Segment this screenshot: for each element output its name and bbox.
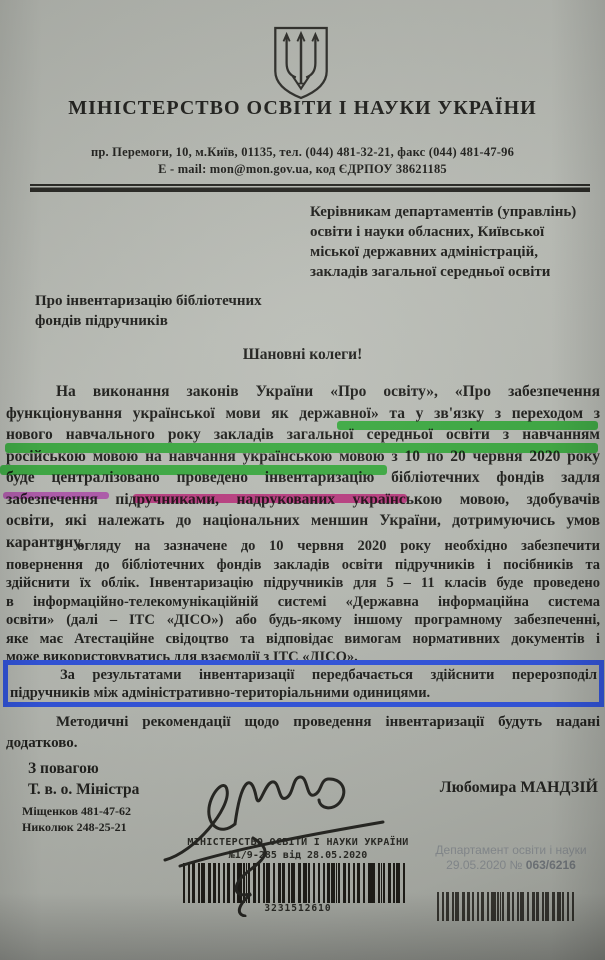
contact-line: Міщенков 481-47-62 (22, 804, 131, 820)
body-line: яке має Атестаційне свідоцтво та відпові… (6, 630, 600, 649)
ministry-email-line: E - mail: mon@mon.gov.ua, код ЄДРПОУ 386… (0, 162, 605, 177)
body-line: повернення до бібліотечних фондів заклад… (6, 556, 600, 575)
handwritten-signature (135, 742, 415, 917)
body-line: функціонування української мови як держа… (6, 403, 600, 425)
body-line: буде централізовано проведено інвентариз… (6, 467, 600, 489)
body-line: підручників між адміністративно-територі… (10, 684, 597, 702)
ukraine-trident-emblem-icon (270, 26, 332, 100)
subject-line: фондів підручників (35, 311, 335, 331)
greeting: Шановні колеги! (0, 346, 605, 364)
recipient-line: освіти і науки обласних, Київської (310, 222, 602, 242)
contact-line: Николюк 248-25-21 (22, 820, 131, 836)
department-stamp-date: 29.05.2020 № (446, 858, 522, 872)
recipient-line: міської державних адміністрацій, (310, 242, 602, 262)
header-divider (30, 184, 590, 192)
signoff-regards: З повагою (28, 758, 139, 779)
department-barcode (437, 892, 577, 921)
department-stamp-number: 29.05.2020 № 063/6216 (425, 858, 597, 872)
body-line: На виконання законів України «Про освіту… (6, 381, 600, 403)
body-line: забезпечення підручниками, надрукованих … (6, 489, 600, 511)
body-line: За результатами інвентаризації передбача… (10, 666, 597, 684)
paragraph-1: На виконання законів України «Про освіту… (6, 381, 600, 553)
scanned-letter-page: МІНІСТЕРСТВО ОСВІТИ І НАУКИ УКРАЇНИ пр. … (0, 0, 605, 960)
body-line: здійснити їх облік. Інвентаризацію підру… (6, 574, 600, 593)
department-stamp-title: Департамент освіти і науки (425, 843, 597, 857)
signoff-position: Т. в. о. Міністра (28, 779, 139, 800)
ministry-address-line: пр. Перемоги, 10, м.Київ, 01135, тел. (0… (0, 145, 605, 160)
body-line: Методичні рекомендації щодо проведення і… (6, 712, 600, 733)
subject-line: Про інвентаризацію бібліотечних (35, 291, 335, 311)
subject-block: Про інвентаризацію бібліотечних фондів п… (35, 291, 335, 331)
body-line: освіти» (далі – ІТС «ДІСО») або будь-яко… (6, 611, 600, 630)
body-line: З огляду на зазначене до 10 червня 2020 … (6, 537, 600, 556)
blue-annotation-box: За результатами інвентаризації передбача… (3, 660, 604, 707)
paragraph-2: З огляду на зазначене до 10 червня 2020 … (6, 537, 600, 667)
body-line: російською мовою на навчання українською… (6, 446, 600, 468)
recipient-line: Керівникам департаментів (управлінь) (310, 202, 602, 222)
ministry-title: МІНІСТЕРСТВО ОСВІТИ І НАУКИ УКРАЇНИ (0, 97, 605, 120)
department-stamp-reg-number: 063/6216 (526, 858, 576, 872)
signoff-block: З повагою Т. в. о. Міністра (28, 758, 139, 800)
recipient-block: Керівникам департаментів (управлінь) осв… (310, 202, 602, 282)
body-line: освіти, які належать до національних мен… (6, 510, 600, 532)
body-line: нового навчального року закладів загальн… (6, 424, 600, 446)
contacts-block: Міщенков 481-47-62 Николюк 248-25-21 (22, 804, 131, 835)
recipient-line: закладів загальної середньої освіти (310, 262, 602, 282)
body-line: в інформаційно-телекомунікаційній систем… (6, 593, 600, 612)
